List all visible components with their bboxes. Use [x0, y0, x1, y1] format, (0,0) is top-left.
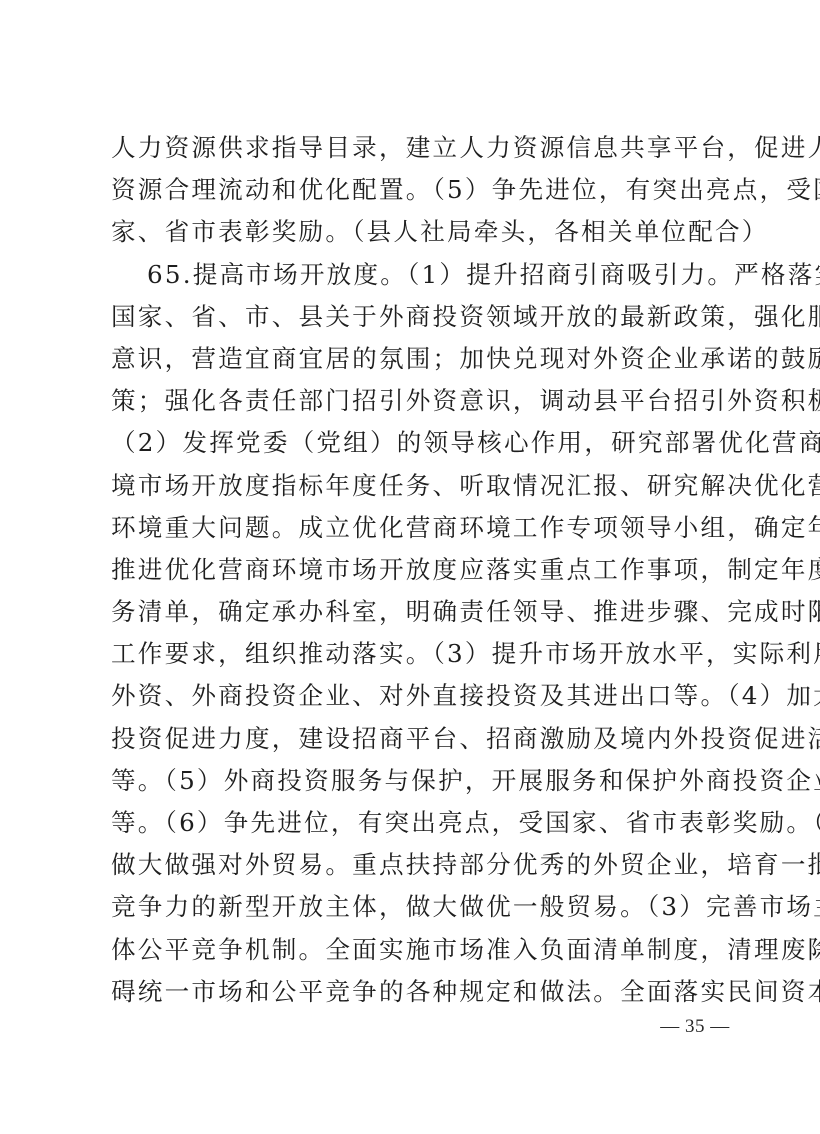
- text-line: 等。（5）外商投资服务与保护，开展服务和保护外商投资企业: [111, 760, 739, 802]
- text-line: （2）发挥党委（党组）的领导核心作用，研究部署优化营商环: [111, 422, 739, 464]
- text-line: 意识，营造宜商宜居的氛围；加快兑现对外资企业承诺的鼓励政: [111, 338, 739, 380]
- text-line: 人力资源供求指导目录，建立人力资源信息共享平台，促进人力: [111, 127, 739, 169]
- text-line: 工作要求，组织推动落实。（3）提升市场开放水平，实际利用: [111, 633, 739, 675]
- text-line: 推进优化营商环境市场开放度应落实重点工作事项，制定年度任: [111, 549, 739, 591]
- text-line: 竞争力的新型开放主体，做大做优一般贸易。（3）完善市场主: [111, 886, 739, 928]
- text-line: 国家、省、市、县关于外商投资领域开放的最新政策，强化服务: [111, 296, 739, 338]
- text-line: 体公平竞争机制。全面实施市场准入负面清单制度，清理废除妨: [111, 929, 739, 971]
- text-line: 碍统一市场和公平竞争的各种规定和做法。全面落实民间资本参: [111, 971, 739, 1013]
- text-line: 资源合理流动和优化配置。（5）争先进位，有突出亮点，受国: [111, 169, 739, 211]
- text-line: 策；强化各责任部门招引外资意识，调动县平台招引外资积极性。: [111, 380, 739, 422]
- document-page: 人力资源供求指导目录，建立人力资源信息共享平台，促进人力 资源合理流动和优化配置…: [0, 0, 820, 1134]
- page-number: — 35 —: [652, 1016, 738, 1038]
- text-line: 做大做强对外贸易。重点扶持部分优秀的外贸企业，培育一批有: [111, 844, 739, 886]
- body-text: 人力资源供求指导目录，建立人力资源信息共享平台，促进人力 资源合理流动和优化配置…: [111, 127, 739, 1013]
- text-line: 务清单，确定承办科室，明确责任领导、推进步骤、完成时限等: [111, 591, 739, 633]
- text-line: 家、省市表彰奖励。（县人社局牵头，各相关单位配合）: [111, 211, 739, 253]
- text-line: 等。（6）争先进位，有突出亮点，受国家、省市表彰奖励。（7）: [111, 802, 739, 844]
- text-line: 环境重大问题。成立优化营商环境工作专项领导小组，确定年度: [111, 507, 739, 549]
- text-line: 境市场开放度指标年度任务、听取情况汇报、研究解决优化营商: [111, 465, 739, 507]
- text-line: 外资、外商投资企业、对外直接投资及其进出口等。（4）加大: [111, 675, 739, 717]
- section-65-heading-line: 65.提高市场开放度。（1）提升招商引商吸引力。严格落实: [111, 254, 739, 296]
- text-line: 投资促进力度，建设招商平台、招商激励及境内外投资促进活动: [111, 718, 739, 760]
